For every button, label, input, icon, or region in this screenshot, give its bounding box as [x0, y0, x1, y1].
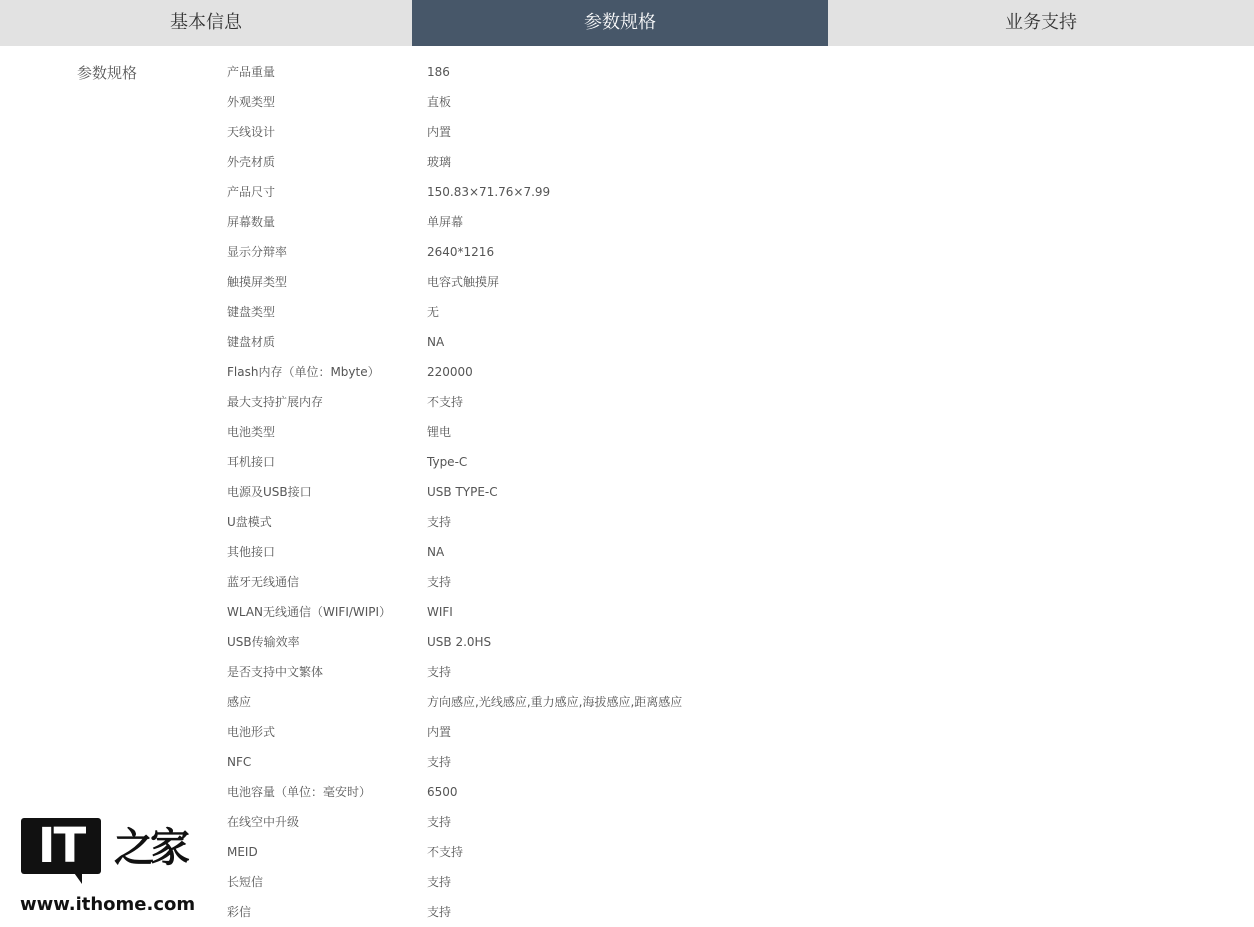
spec-label: WLAN无线通信（WIFI/WIPI）: [227, 602, 427, 622]
spec-row: 彩信支持: [227, 902, 927, 927]
spec-row: 是否支持中文繁体支持: [227, 662, 927, 692]
spec-value: 支持: [427, 662, 451, 682]
ithome-watermark: IT 之家 www.ithome.com: [20, 818, 190, 918]
tab-basic-info[interactable]: 基本信息: [0, 0, 412, 46]
spec-label: 感应: [227, 692, 427, 712]
spec-label: 蓝牙无线通信: [227, 572, 427, 592]
spec-value: 不支持: [427, 392, 463, 412]
spec-row: 在线空中升级支持: [227, 812, 927, 842]
spec-row: 外观类型直板: [227, 92, 927, 122]
spec-label: NFC: [227, 752, 427, 772]
spec-value: 支持: [427, 512, 451, 532]
spec-value: 186: [427, 62, 450, 82]
tab-business-support[interactable]: 业务支持: [828, 0, 1254, 46]
spec-row: 键盘类型无: [227, 302, 927, 332]
spec-row: 屏幕数量单屏幕: [227, 212, 927, 242]
spec-value: 内置: [427, 722, 451, 742]
spec-row: 电池容量（单位：毫安时）6500: [227, 782, 927, 812]
section-title: 参数规格: [77, 62, 137, 84]
zhijia-calligraphy: 之家: [114, 820, 186, 876]
spec-label: 电池形式: [227, 722, 427, 742]
spec-row: 天线设计内置: [227, 122, 927, 152]
spec-row: 显示分辩率2640*1216: [227, 242, 927, 272]
spec-value: 玻璃: [427, 152, 451, 172]
spec-value: USB TYPE-C: [427, 482, 498, 502]
spec-value: 6500: [427, 782, 458, 802]
spec-label: 键盘材质: [227, 332, 427, 352]
tab-bar: 基本信息 参数规格 业务支持: [0, 0, 1254, 46]
spec-value: 支持: [427, 752, 451, 772]
spec-value: 支持: [427, 872, 451, 892]
spec-label: USB传输效率: [227, 632, 427, 652]
spec-label: 外观类型: [227, 92, 427, 112]
spec-value: WIFI: [427, 602, 453, 622]
spec-label: 其他接口: [227, 542, 427, 562]
spec-row: 最大支持扩展内存不支持: [227, 392, 927, 422]
spec-value: 不支持: [427, 842, 463, 862]
spec-row: Flash内存（单位：Mbyte）220000: [227, 362, 927, 392]
spec-row: 耳机接口Type-C: [227, 452, 927, 482]
spec-label: 电池类型: [227, 422, 427, 442]
spec-row: 感应方向感应,光线感应,重力感应,海拔感应,距离感应: [227, 692, 927, 722]
spec-value: 单屏幕: [427, 212, 463, 232]
spec-value: NA: [427, 332, 444, 352]
spec-row: 电源及USB接口USB TYPE-C: [227, 482, 927, 512]
spec-row: 其他接口NA: [227, 542, 927, 572]
spec-row: WLAN无线通信（WIFI/WIPI）WIFI: [227, 602, 927, 632]
spec-value: 电容式触摸屏: [427, 272, 499, 292]
spec-label: MEID: [227, 842, 427, 862]
spec-row: 产品重量186: [227, 62, 927, 92]
spec-label: 最大支持扩展内存: [227, 392, 427, 412]
spec-row: 外壳材质玻璃: [227, 152, 927, 182]
spec-row: MEID不支持: [227, 842, 927, 872]
spec-label: 耳机接口: [227, 452, 427, 472]
spec-label: 是否支持中文繁体: [227, 662, 427, 682]
spec-label: 电池容量（单位：毫安时）: [227, 782, 427, 802]
spec-row: 产品尺寸150.83×71.76×7.99: [227, 182, 927, 212]
spec-value: Type-C: [427, 452, 467, 472]
spec-value: 支持: [427, 902, 451, 922]
spec-value: 内置: [427, 122, 451, 142]
spec-value: USB 2.0HS: [427, 632, 491, 652]
spec-list: 产品重量186 外观类型直板 天线设计内置 外壳材质玻璃 产品尺寸150.83×…: [227, 62, 927, 927]
spec-label: 键盘类型: [227, 302, 427, 322]
spec-label: 彩信: [227, 902, 427, 922]
spec-row: USB传输效率USB 2.0HS: [227, 632, 927, 662]
spec-value: 无: [427, 302, 439, 322]
spec-value: 支持: [427, 572, 451, 592]
spec-row: 电池类型锂电: [227, 422, 927, 452]
spec-value: 支持: [427, 812, 451, 832]
spec-label: 长短信: [227, 872, 427, 892]
spec-label: 天线设计: [227, 122, 427, 142]
spec-label: 外壳材质: [227, 152, 427, 172]
it-logo-text: IT: [26, 821, 96, 871]
spec-row: U盘模式支持: [227, 512, 927, 542]
spec-row: 触摸屏类型电容式触摸屏: [227, 272, 927, 302]
spec-label: Flash内存（单位：Mbyte）: [227, 362, 427, 382]
spec-label: 屏幕数量: [227, 212, 427, 232]
spec-value: 直板: [427, 92, 451, 112]
spec-value: 220000: [427, 362, 473, 382]
spec-row: 长短信支持: [227, 872, 927, 902]
spec-label: 在线空中升级: [227, 812, 427, 832]
spec-label: 产品重量: [227, 62, 427, 82]
spec-label: U盘模式: [227, 512, 427, 532]
spec-row: 键盘材质NA: [227, 332, 927, 362]
watermark-url: www.ithome.com: [20, 894, 195, 916]
spec-row: NFC支持: [227, 752, 927, 782]
spec-label: 电源及USB接口: [227, 482, 427, 502]
spec-label: 显示分辩率: [227, 242, 427, 262]
spec-value: 方向感应,光线感应,重力感应,海拔感应,距离感应: [427, 692, 682, 712]
spec-value: 锂电: [427, 422, 451, 442]
spec-value: 2640*1216: [427, 242, 494, 262]
spec-value: NA: [427, 542, 444, 562]
spec-label: 触摸屏类型: [227, 272, 427, 292]
spec-value: 150.83×71.76×7.99: [427, 182, 550, 202]
spec-label: 产品尺寸: [227, 182, 427, 202]
tab-specifications[interactable]: 参数规格: [412, 0, 828, 46]
spec-row: 蓝牙无线通信支持: [227, 572, 927, 602]
spec-row: 电池形式内置: [227, 722, 927, 752]
